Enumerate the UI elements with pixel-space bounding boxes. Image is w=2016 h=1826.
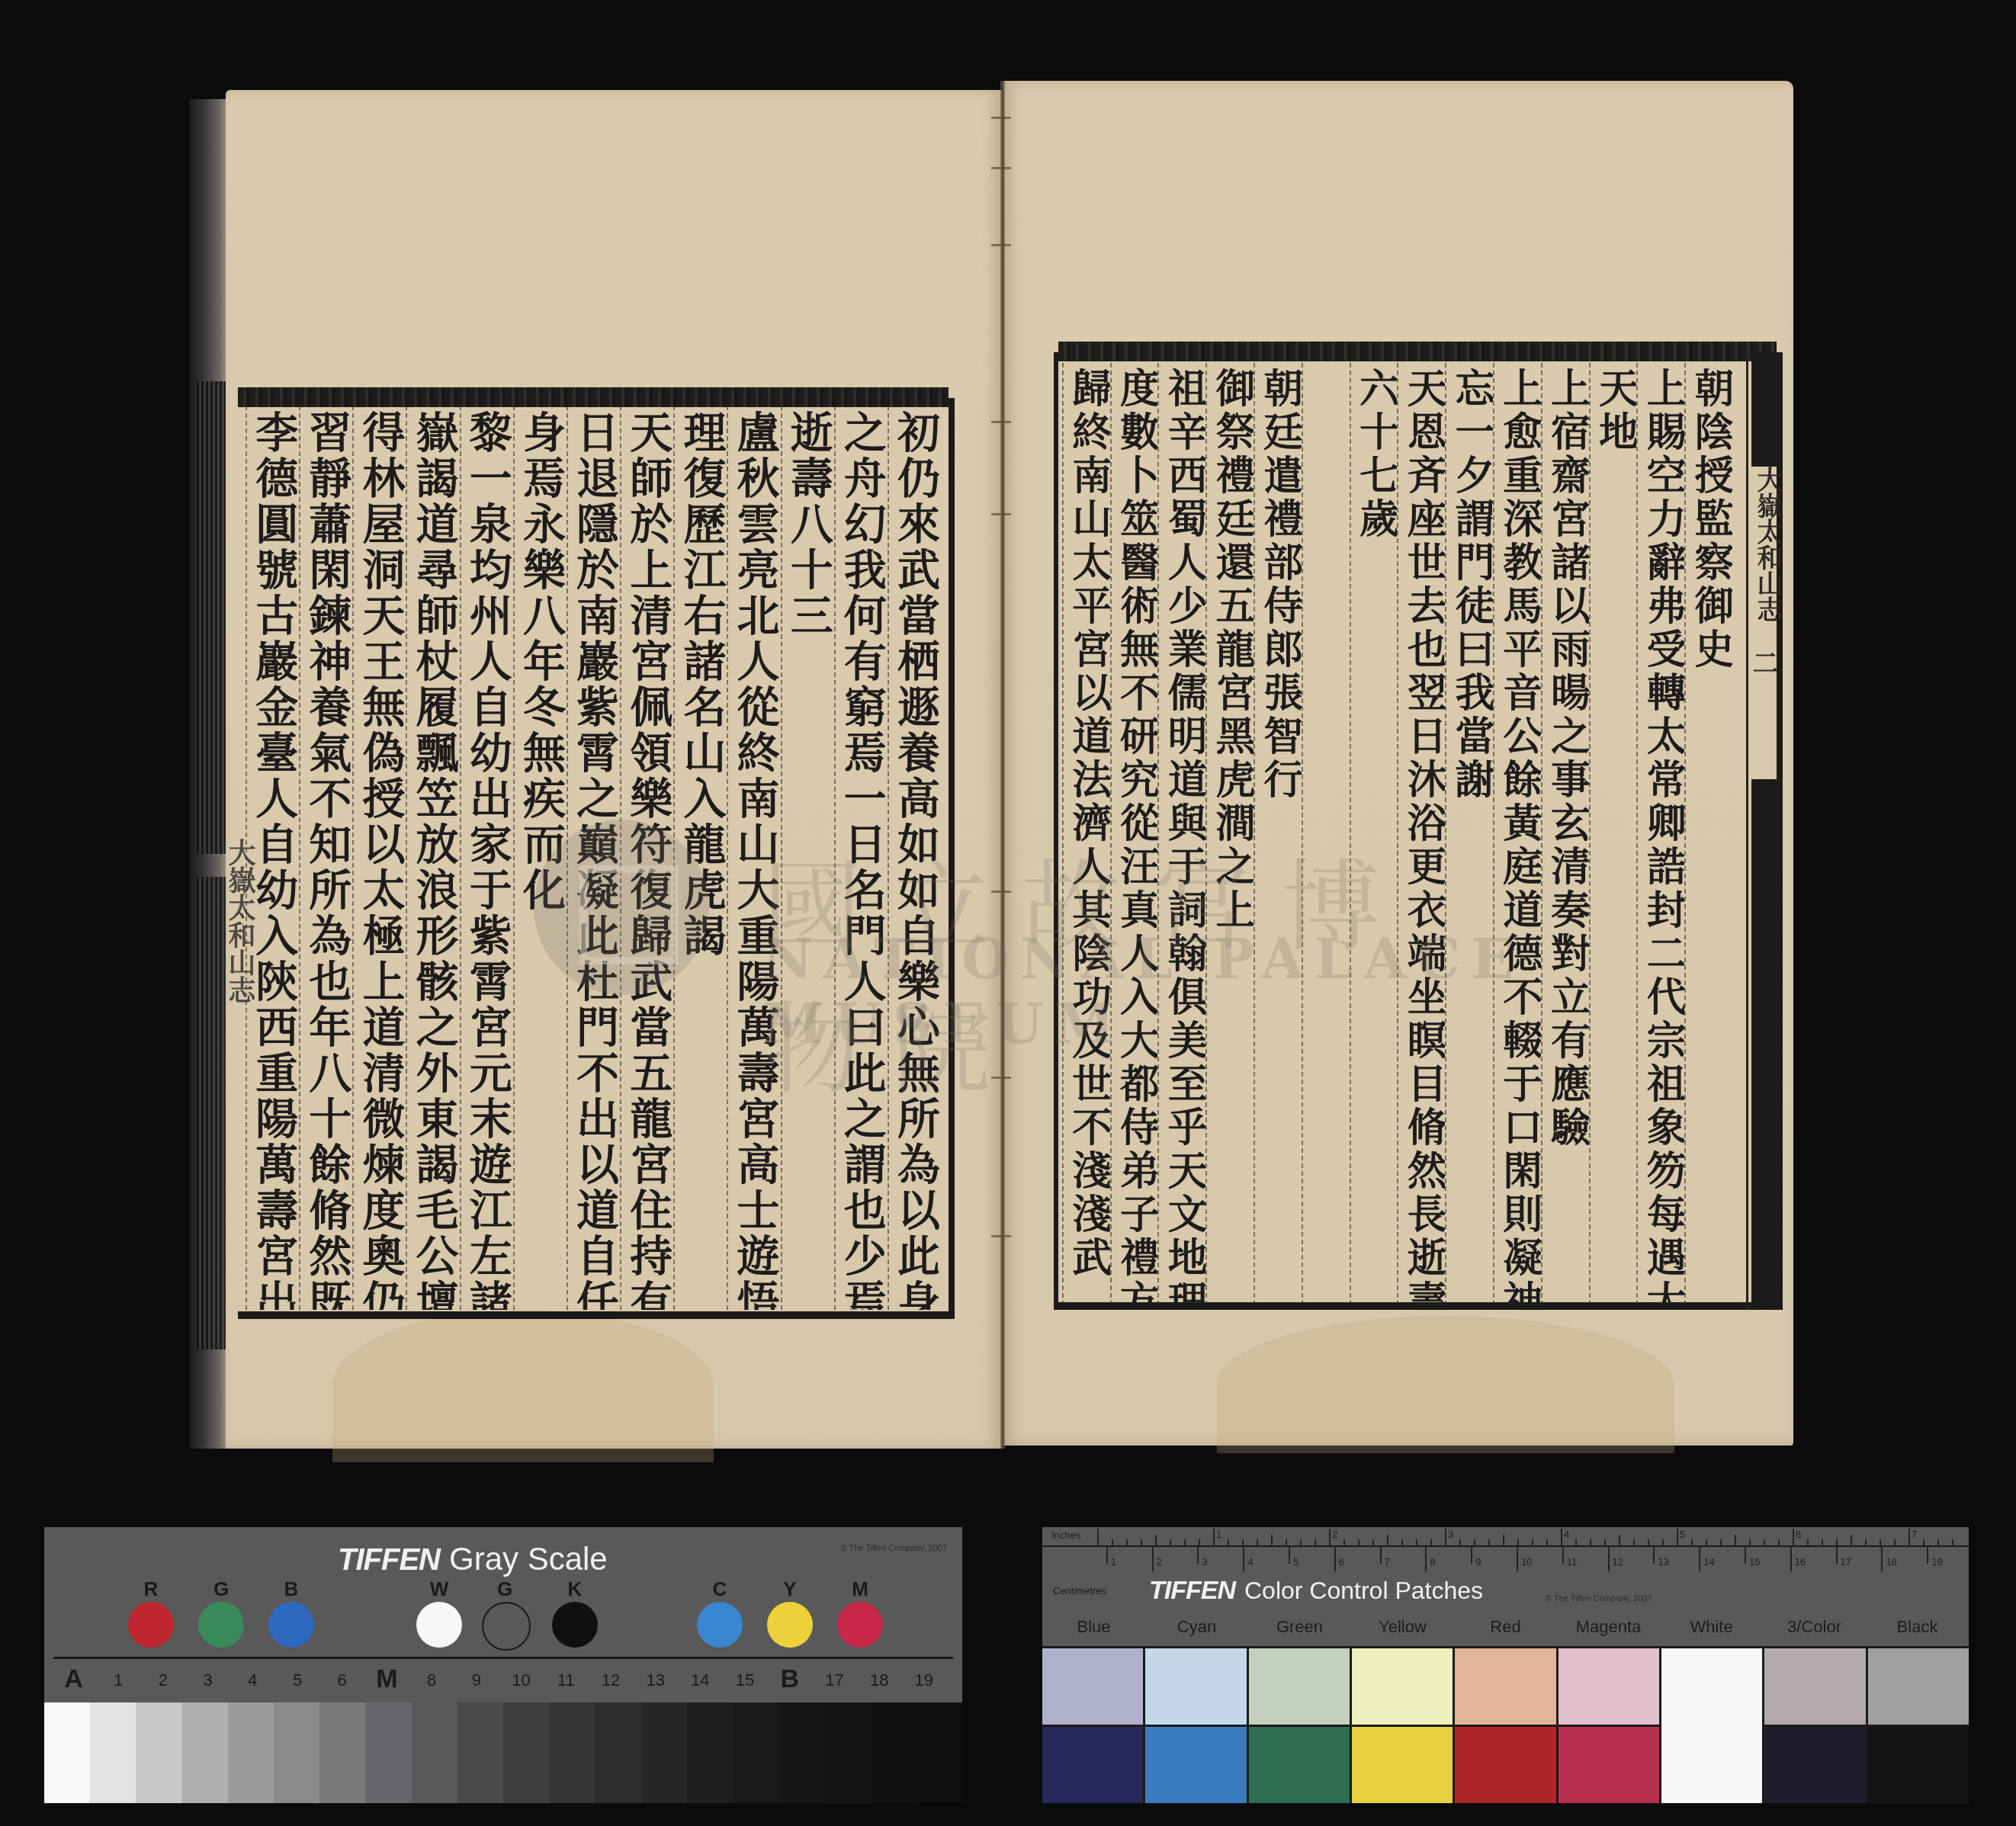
step-label: 9	[472, 1670, 481, 1690]
ruler-tick	[1112, 1539, 1113, 1545]
ruler-tick	[1416, 1539, 1417, 1545]
text-column: 上賜空力辭弗受轉太常卿誥封二代宗祖象笏每遇大祀	[1636, 363, 1684, 1305]
gray-card-copyright: © The Tiffen Company, 2007	[840, 1544, 947, 1553]
reference-dot	[416, 1602, 462, 1648]
ruler-tick	[1561, 1529, 1562, 1545]
gray-step-labels: A123456M89101112131415B171819	[58, 1670, 953, 1701]
ruler-tick	[1633, 1539, 1635, 1545]
text-column: 度數卜筮醫術無不研究從汪真人入大都侍弟子禮方	[1110, 363, 1158, 1305]
gray-card-title: TIFFEN Gray Scale	[338, 1541, 608, 1577]
tiffen-logo: TIFFEN	[1149, 1576, 1235, 1606]
step-label: 14	[691, 1670, 709, 1690]
step-label: A	[64, 1664, 83, 1694]
dot-label: W	[416, 1577, 462, 1601]
inch-label: 6	[1796, 1529, 1801, 1540]
ruler-tick	[1706, 1539, 1707, 1545]
reference-dot	[482, 1602, 531, 1651]
ruler-tick	[1894, 1539, 1896, 1545]
ruler-tick	[1790, 1545, 1792, 1571]
gray-step	[549, 1702, 595, 1803]
cm-label: 17	[1841, 1556, 1851, 1568]
cm-label: 8	[1430, 1556, 1435, 1568]
ruler-tick	[1197, 1545, 1199, 1564]
centimetre-ruler: 12345678910111213141516171819	[1042, 1545, 1969, 1573]
reference-dot	[837, 1602, 883, 1648]
ruler-tick	[1952, 1539, 1953, 1545]
inches-label: Inches	[1051, 1529, 1080, 1541]
book-photograph: 初仍來武當栖遯養高如如自樂心無所為以此身若不繫 之舟幻我何有窮焉一日名門人曰此之…	[0, 0, 2016, 1464]
ruler-tick	[1286, 1539, 1287, 1545]
gray-step	[136, 1702, 181, 1803]
inch-label: 2	[1332, 1529, 1337, 1540]
cm-label: 5	[1293, 1556, 1299, 1568]
ruler-tick	[1923, 1539, 1925, 1545]
text-column: 上愈重深教馬平音公餘黃庭道德不輟于口閑則凝神坐	[1493, 363, 1541, 1305]
binding-stitch	[991, 244, 1011, 246]
ruler-tick	[1517, 1545, 1518, 1571]
banxin-title: 大嶽太和山志	[1750, 467, 1783, 622]
dot-label: M	[837, 1577, 883, 1601]
gray-step	[641, 1702, 687, 1803]
binding-stitch	[991, 117, 1011, 119]
left-banxin-title: 大嶽太和山志	[221, 839, 260, 1003]
color-card-title: TIFFEN Color Control Patches	[1149, 1576, 1483, 1606]
inch-label: 5	[1680, 1529, 1685, 1540]
binding-stitch	[991, 513, 1011, 515]
ruler-tick	[1257, 1539, 1258, 1545]
cm-label: 7	[1385, 1556, 1390, 1568]
step-label: 19	[915, 1670, 933, 1690]
binding-stitch	[991, 167, 1011, 169]
black-mouth-top	[1751, 352, 1783, 467]
patch-label: Cyan	[1145, 1617, 1248, 1643]
text-column: 初仍來武當栖遯養高如如自樂心無所為以此身若不繫	[888, 406, 941, 1310]
text-column: 天恩斉座世去也翌日沐浴更衣端坐瞑目脩然長逝壽年	[1397, 363, 1445, 1305]
ruler-tick	[1106, 1545, 1108, 1564]
text-column: 六十七歲	[1350, 363, 1398, 1305]
ruler-tick	[1401, 1539, 1403, 1545]
step-label: 11	[557, 1670, 575, 1690]
cm-label: 18	[1886, 1556, 1896, 1568]
banxin-center-column: 大嶽太和山志 二	[1746, 352, 1783, 1310]
patch-label: Green	[1248, 1617, 1351, 1643]
patch-labels: BlueCyanGreenYellowRedMagentaWhite3/Colo…	[1042, 1617, 1969, 1643]
cm-label: 11	[1567, 1556, 1578, 1568]
dot-label: B	[268, 1577, 314, 1601]
text-column: 之舟幻我何有窮焉一日名門人曰此之謂也少焉端坐瞑	[834, 406, 888, 1310]
left-page-text-columns: 初仍來武當栖遯養高如如自樂心無所為以此身若不繫 之舟幻我何有窮焉一日名門人曰此之…	[246, 406, 941, 1310]
ruler-tick	[1851, 1535, 1852, 1545]
ruler-tick	[1927, 1545, 1928, 1564]
color-patch-saturated	[1042, 1727, 1143, 1803]
cm-label: 4	[1247, 1556, 1253, 1568]
gray-step	[90, 1702, 136, 1803]
ruler-tick	[1532, 1539, 1533, 1545]
ruler-tick	[1184, 1539, 1186, 1545]
ruler-tick	[1097, 1529, 1099, 1545]
tiffen-color-control-card: Inches 12345678 123456789101112131415161…	[1042, 1527, 1969, 1803]
step-label: 13	[646, 1670, 664, 1690]
ruler-tick	[1807, 1539, 1809, 1545]
text-column: 上宿齋宮諸以雨暘之事玄清奏對立有應驗	[1541, 363, 1589, 1305]
ruler-tick	[1445, 1529, 1446, 1545]
ruler-tick	[1213, 1529, 1215, 1545]
ruler-tick	[1517, 1539, 1519, 1545]
gray-step	[412, 1702, 457, 1803]
color-card-title-text: Color Control Patches	[1244, 1577, 1483, 1605]
color-card-copyright: © The Tiffen Company, 2007	[1546, 1594, 1652, 1603]
color-patch-saturated	[1559, 1727, 1659, 1803]
patch-label: Black	[1866, 1617, 1969, 1643]
ruler-tick	[1836, 1539, 1838, 1545]
ruler-tick	[1590, 1539, 1591, 1545]
ruler-tick	[1604, 1539, 1606, 1545]
text-column: 忘一夕謂門徒曰我當謝	[1445, 363, 1493, 1305]
ruler-tick	[1459, 1539, 1461, 1545]
cm-label: 10	[1521, 1556, 1532, 1568]
gray-step	[274, 1702, 319, 1803]
cm-label: 2	[1157, 1556, 1162, 1568]
ruler-tick	[1358, 1539, 1360, 1545]
text-column: 逝壽八十三	[781, 406, 834, 1310]
step-label: B	[780, 1664, 799, 1694]
dot-label: K	[552, 1577, 598, 1601]
ruler-tick	[1334, 1545, 1336, 1571]
ruler-tick	[1380, 1545, 1382, 1564]
ruler-tick	[1425, 1545, 1427, 1571]
color-patch-saturated	[1764, 1727, 1865, 1803]
patch-label: Blue	[1042, 1617, 1145, 1643]
patch-label: White	[1660, 1617, 1763, 1643]
step-label: 3	[204, 1670, 213, 1690]
ruler-tick	[1793, 1529, 1794, 1545]
gray-step	[44, 1702, 90, 1803]
gray-step	[687, 1702, 733, 1803]
inch-label: 4	[1564, 1529, 1569, 1540]
ruler-tick	[1653, 1545, 1655, 1564]
cm-label: 9	[1475, 1556, 1481, 1568]
ruler-tick	[1430, 1539, 1432, 1545]
step-label: 10	[512, 1670, 530, 1690]
ruler-tick	[1152, 1545, 1154, 1571]
color-patch-saturated	[1249, 1727, 1350, 1803]
ruler-tick	[1372, 1539, 1374, 1545]
step-label: 12	[602, 1670, 620, 1690]
gray-card-title-text: Gray Scale	[449, 1541, 608, 1577]
gray-step	[457, 1702, 503, 1803]
frame-top-border	[238, 387, 949, 407]
binding-stitch	[991, 1077, 1011, 1079]
step-label: 1	[114, 1670, 123, 1690]
text-column: 理復歷江右諸名山入龍虎謁	[673, 406, 727, 1310]
text-column: 得林屋洞天王無偽授以太極上道清微煉度奧仍歸紫霄岩	[352, 406, 406, 1310]
color-patch-saturated	[1352, 1727, 1453, 1803]
step-label: M	[376, 1664, 397, 1694]
reference-dot	[552, 1602, 598, 1648]
ruler-tick	[1735, 1535, 1736, 1545]
ruler-tick	[1648, 1539, 1649, 1545]
patch-label: Red	[1454, 1617, 1557, 1643]
ruler-tick	[1488, 1539, 1490, 1545]
color-patch-light	[1455, 1648, 1555, 1725]
inch-label: 3	[1448, 1529, 1453, 1540]
ruler-tick	[1880, 1539, 1881, 1545]
text-column: 身焉永樂八年冬無疾而化	[513, 406, 567, 1310]
text-column: 御祭禮廷還五龍宮黑虎澗之上	[1205, 363, 1254, 1305]
right-page-text-columns: 朝陰授監察御史 上賜空力辭弗受轉太常卿誥封二代宗祖象笏每遇大祀 天地 上宿齋宮諸…	[1061, 363, 1732, 1305]
ruler-tick	[1329, 1529, 1331, 1545]
ruler-tick	[1619, 1535, 1620, 1545]
gray-step	[778, 1702, 824, 1803]
reference-dot	[198, 1602, 244, 1648]
gray-step	[228, 1702, 274, 1803]
ruler-tick	[1300, 1539, 1302, 1545]
ruler-tick	[1170, 1539, 1171, 1545]
ruler-tick	[1778, 1539, 1780, 1545]
binding-stitch	[991, 421, 1011, 423]
cm-label: 1	[1111, 1556, 1116, 1568]
gray-step	[595, 1702, 640, 1803]
book-gutter	[1000, 81, 1005, 1449]
text-column-faint	[1302, 363, 1350, 1305]
ruler-tick	[1289, 1545, 1290, 1564]
ruler-tick	[1764, 1539, 1765, 1545]
text-column: 天師於上清宮佩領樂符復歸武當五龍宮住持有年矣一	[620, 406, 673, 1310]
text-column: 祖辛西蜀人少業儒明道與于詞翰俱美至乎天文地理陰陽	[1157, 363, 1205, 1305]
step-label: 17	[825, 1670, 843, 1690]
ruler-tick	[1575, 1539, 1577, 1545]
text-column: 盧秋雲亮北人從終南山大重陽萬壽宮高士遊悟全真之	[727, 406, 780, 1310]
divider-rule	[53, 1657, 953, 1659]
dot-label: G	[198, 1577, 244, 1601]
cm-label: 16	[1795, 1556, 1806, 1568]
ruler-tick	[1749, 1539, 1751, 1545]
gray-step	[733, 1702, 778, 1803]
reference-dot	[268, 1602, 314, 1648]
text-column: 習靜蕭閑鍊神養氣不知所為也年八十餘脩然既去	[299, 406, 352, 1310]
binding-stitch	[991, 891, 1011, 893]
ruler-tick	[1745, 1545, 1746, 1564]
color-patch-light	[1352, 1648, 1453, 1725]
ruler-tick	[1865, 1539, 1867, 1545]
gray-step	[365, 1702, 411, 1803]
binding-stitch	[991, 1235, 1011, 1237]
ruler-tick	[1155, 1535, 1157, 1545]
color-patch-light	[1145, 1648, 1246, 1725]
reference-dot	[767, 1602, 813, 1648]
color-patch-light	[1661, 1648, 1762, 1803]
ruler-tick	[1199, 1539, 1200, 1545]
ruler-tick	[1271, 1535, 1273, 1545]
text-column: 朝陰授監察御史	[1684, 363, 1732, 1305]
centimetres-label: Centimetres	[1053, 1585, 1106, 1597]
ruler-tick	[1608, 1545, 1610, 1571]
color-patch-light	[1868, 1648, 1969, 1725]
dot-label: G	[482, 1577, 528, 1601]
inch-ruler: Inches 12345678	[1042, 1527, 1969, 1547]
color-patch-light	[1764, 1648, 1865, 1725]
step-label: 15	[736, 1670, 754, 1690]
gray-step	[824, 1702, 870, 1803]
patch-label: Magenta	[1557, 1617, 1660, 1643]
water-stain	[332, 1310, 714, 1462]
ruler-tick	[1387, 1535, 1388, 1545]
water-stain	[1217, 1316, 1674, 1453]
text-column: 歸終南山太平宮以道法濟人其陰功及世不淺淺武	[1062, 363, 1110, 1305]
text-column: 日退隱於南巖紫霄之巔凝此杜門不出以道自任若將終	[567, 406, 620, 1310]
color-patch-light	[1042, 1648, 1143, 1725]
ruler-tick	[1315, 1539, 1316, 1545]
inch-label: 7	[1912, 1529, 1917, 1540]
color-patch-light	[1249, 1648, 1350, 1725]
cm-label: 14	[1703, 1556, 1714, 1568]
ruler-tick	[1691, 1539, 1693, 1545]
reference-dot	[128, 1602, 174, 1648]
cm-label: 15	[1749, 1556, 1760, 1568]
ruler-tick	[1937, 1539, 1939, 1545]
gray-step-strip	[44, 1702, 962, 1803]
folio-number: 二	[1751, 650, 1782, 676]
patch-label: Yellow	[1351, 1617, 1454, 1643]
cm-label: 13	[1658, 1556, 1668, 1568]
ruler-tick	[1699, 1545, 1700, 1571]
ruler-tick	[1677, 1529, 1678, 1545]
ruler-tick	[1343, 1539, 1345, 1545]
color-patch-saturated	[1145, 1727, 1246, 1803]
tiffen-logo: TIFFEN	[338, 1543, 440, 1577]
ruler-tick	[1881, 1545, 1883, 1571]
step-label: 5	[293, 1670, 302, 1690]
color-patch-grid	[1042, 1646, 1969, 1803]
inch-label: 1	[1216, 1529, 1221, 1540]
gray-step	[182, 1702, 228, 1803]
gray-step	[917, 1702, 962, 1803]
step-label: 6	[338, 1670, 347, 1690]
cm-label: 12	[1613, 1556, 1623, 1568]
text-column: 天地	[1589, 363, 1637, 1305]
step-label: 18	[870, 1670, 888, 1690]
gray-step	[871, 1702, 917, 1803]
ruler-tick	[1503, 1535, 1504, 1545]
ruler-tick	[1546, 1539, 1548, 1545]
color-patch-light	[1559, 1648, 1659, 1725]
ruler-tick	[1474, 1539, 1475, 1545]
black-mouth-bottom	[1751, 779, 1783, 1305]
gray-step	[503, 1702, 549, 1803]
dot-label: C	[697, 1577, 743, 1601]
ruler-tick	[1720, 1539, 1722, 1545]
cm-label: 19	[1931, 1556, 1942, 1568]
dot-label: Y	[767, 1577, 813, 1601]
cm-label: 3	[1202, 1556, 1207, 1568]
frame-top-border	[1058, 342, 1777, 361]
ruler-tick	[1908, 1529, 1910, 1545]
tiffen-gray-scale-card: TIFFEN Gray Scale © The Tiffen Company, …	[44, 1527, 962, 1803]
ruler-tick	[1243, 1545, 1244, 1571]
step-label: 4	[248, 1670, 257, 1690]
ruler-tick	[1562, 1545, 1564, 1564]
color-patch-saturated	[1868, 1727, 1969, 1803]
ruler-tick	[1141, 1539, 1142, 1545]
ruler-tick	[1126, 1539, 1128, 1545]
cm-label: 6	[1339, 1556, 1344, 1568]
reference-dot	[697, 1602, 743, 1648]
step-label: 2	[159, 1670, 168, 1690]
gray-step	[319, 1702, 365, 1803]
patch-label: 3/Color	[1763, 1617, 1866, 1643]
ruler-tick	[1662, 1539, 1664, 1545]
text-column: 黎一泉均州人自幼出家于紫霄宮元末遊江左諸名山大	[460, 406, 513, 1310]
dot-label: R	[128, 1577, 174, 1601]
ruler-tick	[1822, 1539, 1823, 1545]
ruler-tick	[1228, 1539, 1229, 1545]
text-column: 朝廷遣禮部侍郎張智行	[1254, 363, 1302, 1305]
text-column: 嶽謁道尋師杖履飄笠放浪形骸之外東謁毛公壇張公洞	[406, 406, 459, 1310]
step-label: 8	[427, 1670, 436, 1690]
ruler-tick	[1242, 1539, 1244, 1545]
ruler-tick	[1471, 1545, 1472, 1564]
color-patch-saturated	[1455, 1727, 1555, 1803]
ruler-tick	[1836, 1545, 1838, 1564]
